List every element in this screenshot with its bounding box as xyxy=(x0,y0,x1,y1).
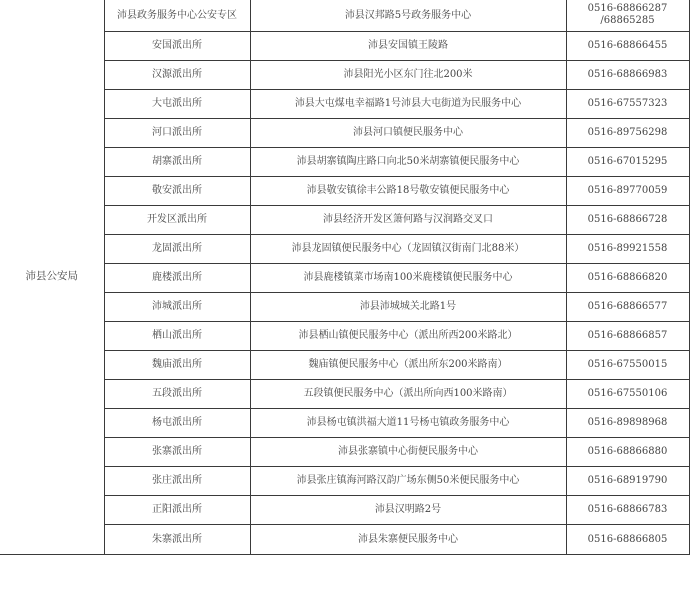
phone-cell: 0516-67557323 xyxy=(566,89,689,118)
department-cell: 沛县公安局 xyxy=(0,0,104,554)
phone-cell: 0516-68866805 xyxy=(566,524,689,554)
station-cell: 张寨派出所 xyxy=(104,437,250,466)
address-cell: 沛县胡寨镇陶庄路口向北50米胡寨镇便民服务中心 xyxy=(250,147,566,176)
station-cell: 胡寨派出所 xyxy=(104,147,250,176)
table-row: 大屯派出所沛县大屯煤电幸福路1号沛县大屯街道为民服务中心0516-6755732… xyxy=(0,89,689,118)
address-cell: 沛县杨屯镇洪福大道11号杨屯镇政务服务中心 xyxy=(250,408,566,437)
phone-cell: 0516-68866857 xyxy=(566,321,689,350)
table-row: 龙固派出所沛县龙固镇便民服务中心（龙固镇汉街南门北88米）0516-899215… xyxy=(0,234,689,263)
station-cell: 沛城派出所 xyxy=(104,292,250,321)
phone-cell: 0516-68866783 xyxy=(566,495,689,524)
address-cell: 沛县栖山镇便民服务中心（派出所西200米路北） xyxy=(250,321,566,350)
address-cell: 沛县龙固镇便民服务中心（龙固镇汉街南门北88米） xyxy=(250,234,566,263)
address-cell: 沛县河口镇便民服务中心 xyxy=(250,118,566,147)
phone-cell: 0516-68866577 xyxy=(566,292,689,321)
address-cell: 沛县安国镇王陵路 xyxy=(250,31,566,60)
table-row: 汉源派出所沛县阳光小区东门往北200米0516-68866983 xyxy=(0,60,689,89)
address-cell: 五段镇便民服务中心（派出所向西100米路南） xyxy=(250,379,566,408)
address-cell: 沛县经济开发区箫何路与汉润路交叉口 xyxy=(250,205,566,234)
phone-cell: 0516-68866880 xyxy=(566,437,689,466)
station-cell: 沛县政务服务中心公安专区 xyxy=(104,0,250,31)
station-cell: 五段派出所 xyxy=(104,379,250,408)
station-cell: 安国派出所 xyxy=(104,31,250,60)
phone-cell: 0516-89770059 xyxy=(566,176,689,205)
address-cell: 沛县大屯煤电幸福路1号沛县大屯街道为民服务中心 xyxy=(250,89,566,118)
address-cell: 沛县张寨镇中心街便民服务中心 xyxy=(250,437,566,466)
station-cell: 汉源派出所 xyxy=(104,60,250,89)
address-cell: 沛县朱寨便民服务中心 xyxy=(250,524,566,554)
station-cell: 敬安派出所 xyxy=(104,176,250,205)
station-cell: 杨屯派出所 xyxy=(104,408,250,437)
table-row: 安国派出所沛县安国镇王陵路0516-68866455 xyxy=(0,31,689,60)
table-row: 正阳派出所沛县汉明路2号0516-68866783 xyxy=(0,495,689,524)
table-row: 魏庙派出所魏庙镇便民服务中心（派出所东200米路南）0516-67550015 xyxy=(0,350,689,379)
table-row: 张庄派出所沛县张庄镇海河路汉韵广场东侧50米便民服务中心0516-6891979… xyxy=(0,466,689,495)
phone-cell: 0516-67550015 xyxy=(566,350,689,379)
address-cell: 沛县鹿楼镇菜市场南100米鹿楼镇便民服务中心 xyxy=(250,263,566,292)
table-row: 栖山派出所沛县栖山镇便民服务中心（派出所西200米路北）0516-6886685… xyxy=(0,321,689,350)
table-row: 张寨派出所沛县张寨镇中心街便民服务中心0516-68866880 xyxy=(0,437,689,466)
address-cell: 沛县汉邦路5号政务服务中心 xyxy=(250,0,566,31)
table-row: 开发区派出所沛县经济开发区箫何路与汉润路交叉口0516-68866728 xyxy=(0,205,689,234)
phone-cell: 0516-68866455 xyxy=(566,31,689,60)
police-station-table: 沛县公安局沛县政务服务中心公安专区沛县汉邦路5号政务服务中心0516-68866… xyxy=(0,0,690,555)
station-cell: 河口派出所 xyxy=(104,118,250,147)
address-cell: 沛县沛城城关北路1号 xyxy=(250,292,566,321)
phone-cell: 0516-68866287/68865285 xyxy=(566,0,689,31)
station-cell: 鹿楼派出所 xyxy=(104,263,250,292)
station-cell: 张庄派出所 xyxy=(104,466,250,495)
station-cell: 正阳派出所 xyxy=(104,495,250,524)
phone-cell: 0516-89898968 xyxy=(566,408,689,437)
station-cell: 魏庙派出所 xyxy=(104,350,250,379)
address-cell: 沛县阳光小区东门往北200米 xyxy=(250,60,566,89)
page-margin xyxy=(690,0,700,590)
phone-cell: 0516-68866728 xyxy=(566,205,689,234)
table-row: 敬安派出所沛县敬安镇徐丰公路18号敬安镇便民服务中心0516-89770059 xyxy=(0,176,689,205)
address-cell: 魏庙镇便民服务中心（派出所东200米路南） xyxy=(250,350,566,379)
station-cell: 栖山派出所 xyxy=(104,321,250,350)
address-cell: 沛县敬安镇徐丰公路18号敬安镇便民服务中心 xyxy=(250,176,566,205)
table-row: 杨屯派出所沛县杨屯镇洪福大道11号杨屯镇政务服务中心0516-89898968 xyxy=(0,408,689,437)
phone-cell: 0516-68866983 xyxy=(566,60,689,89)
table-row: 五段派出所五段镇便民服务中心（派出所向西100米路南）0516-67550106 xyxy=(0,379,689,408)
phone-cell: 0516-68866820 xyxy=(566,263,689,292)
phone-cell: 0516-67550106 xyxy=(566,379,689,408)
address-cell: 沛县张庄镇海河路汉韵广场东侧50米便民服务中心 xyxy=(250,466,566,495)
table-row: 河口派出所沛县河口镇便民服务中心0516-89756298 xyxy=(0,118,689,147)
table-row: 沛城派出所沛县沛城城关北路1号0516-68866577 xyxy=(0,292,689,321)
station-cell: 朱寨派出所 xyxy=(104,524,250,554)
phone-cell: 0516-68919790 xyxy=(566,466,689,495)
station-cell: 大屯派出所 xyxy=(104,89,250,118)
phone-cell: 0516-89921558 xyxy=(566,234,689,263)
table-row: 胡寨派出所沛县胡寨镇陶庄路口向北50米胡寨镇便民服务中心0516-6701529… xyxy=(0,147,689,176)
phone-cell: 0516-89756298 xyxy=(566,118,689,147)
table-row: 沛县公安局沛县政务服务中心公安专区沛县汉邦路5号政务服务中心0516-68866… xyxy=(0,0,689,31)
address-cell: 沛县汉明路2号 xyxy=(250,495,566,524)
station-cell: 龙固派出所 xyxy=(104,234,250,263)
table-row: 鹿楼派出所沛县鹿楼镇菜市场南100米鹿楼镇便民服务中心0516-68866820 xyxy=(0,263,689,292)
phone-cell: 0516-67015295 xyxy=(566,147,689,176)
station-cell: 开发区派出所 xyxy=(104,205,250,234)
table-row: 朱寨派出所沛县朱寨便民服务中心0516-68866805 xyxy=(0,524,689,554)
